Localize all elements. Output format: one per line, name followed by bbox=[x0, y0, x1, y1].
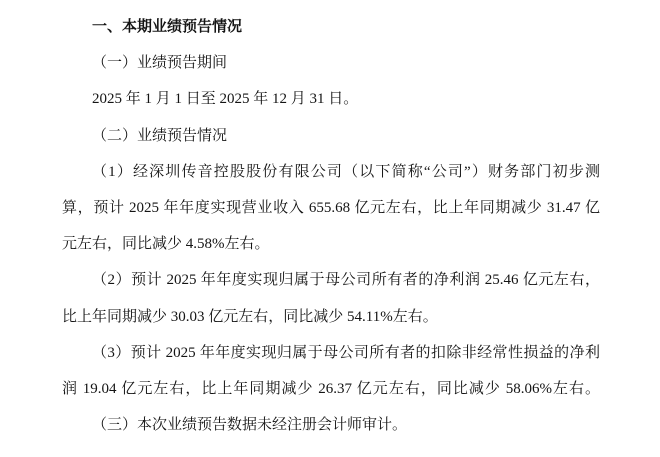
document-body: 一、本期业绩预告情况 （一）业绩预告期间 2025 年 1 月 1 日至 202… bbox=[62, 9, 600, 443]
paragraph-2-line-2: 比上年同期减少 30.03 亿元左右，同比减少 54.11%左右。 bbox=[62, 299, 600, 335]
paragraph-1-line-2: 算，预计 2025 年年度实现营业收入 655.68 亿元左右，比上年同期减少 … bbox=[62, 190, 600, 226]
paragraph-3-line-2: 润 19.04 亿元左右，比上年同期减少 26.37 亿元左右，同比减少 58.… bbox=[62, 371, 600, 407]
paragraph-2-line-1: （2）预计 2025 年年度实现归属于母公司所有者的净利润 25.46 亿元左右… bbox=[62, 262, 600, 298]
section-heading: 一、本期业绩预告情况 bbox=[62, 9, 600, 45]
paragraph-1-line-1: （1）经深圳传音控股股份有限公司（以下简称“公司”）财务部门初步测 bbox=[62, 154, 600, 190]
forecast-period-text: 2025 年 1 月 1 日至 2025 年 12 月 31 日。 bbox=[62, 81, 600, 117]
subsection-2-label: （二）业绩预告情况 bbox=[62, 118, 600, 154]
document-page: 一、本期业绩预告情况 （一）业绩预告期间 2025 年 1 月 1 日至 202… bbox=[0, 0, 660, 457]
subsection-1-label: （一）业绩预告期间 bbox=[62, 45, 600, 81]
paragraph-3-line-1: （3）预计 2025 年年度实现归属于母公司所有者的扣除非经常性损益的净利 bbox=[62, 335, 600, 371]
subsection-3-audit-note: （三）本次业绩预告数据未经注册会计师审计。 bbox=[62, 407, 600, 443]
paragraph-1-line-3: 元左右，同比减少 4.58%左右。 bbox=[62, 226, 600, 262]
